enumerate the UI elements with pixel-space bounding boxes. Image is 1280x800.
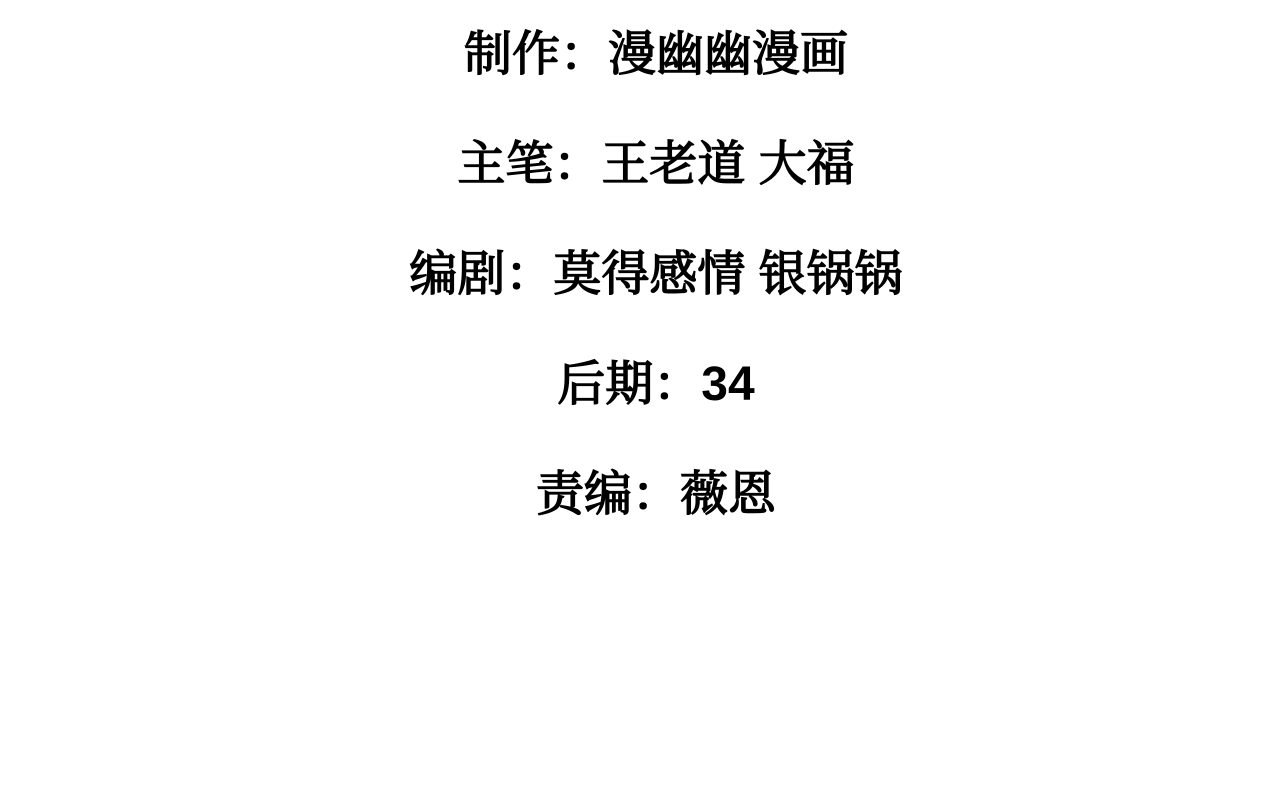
credit-line-lead-artist: 主笔：王老道 大福	[32, 110, 1280, 220]
credit-line-editor: 责编：薇恩	[32, 440, 1280, 550]
credit-line-post-production: 后期：34	[32, 330, 1280, 440]
credit-line-screenwriter: 编剧：莫得感情 银锅锅	[32, 220, 1280, 330]
credit-line-production: 制作：漫幽幽漫画	[32, 0, 1280, 110]
credits-page: 制作：漫幽幽漫画 主笔：王老道 大福 编剧：莫得感情 银锅锅 后期：34 责编：…	[0, 0, 1280, 550]
